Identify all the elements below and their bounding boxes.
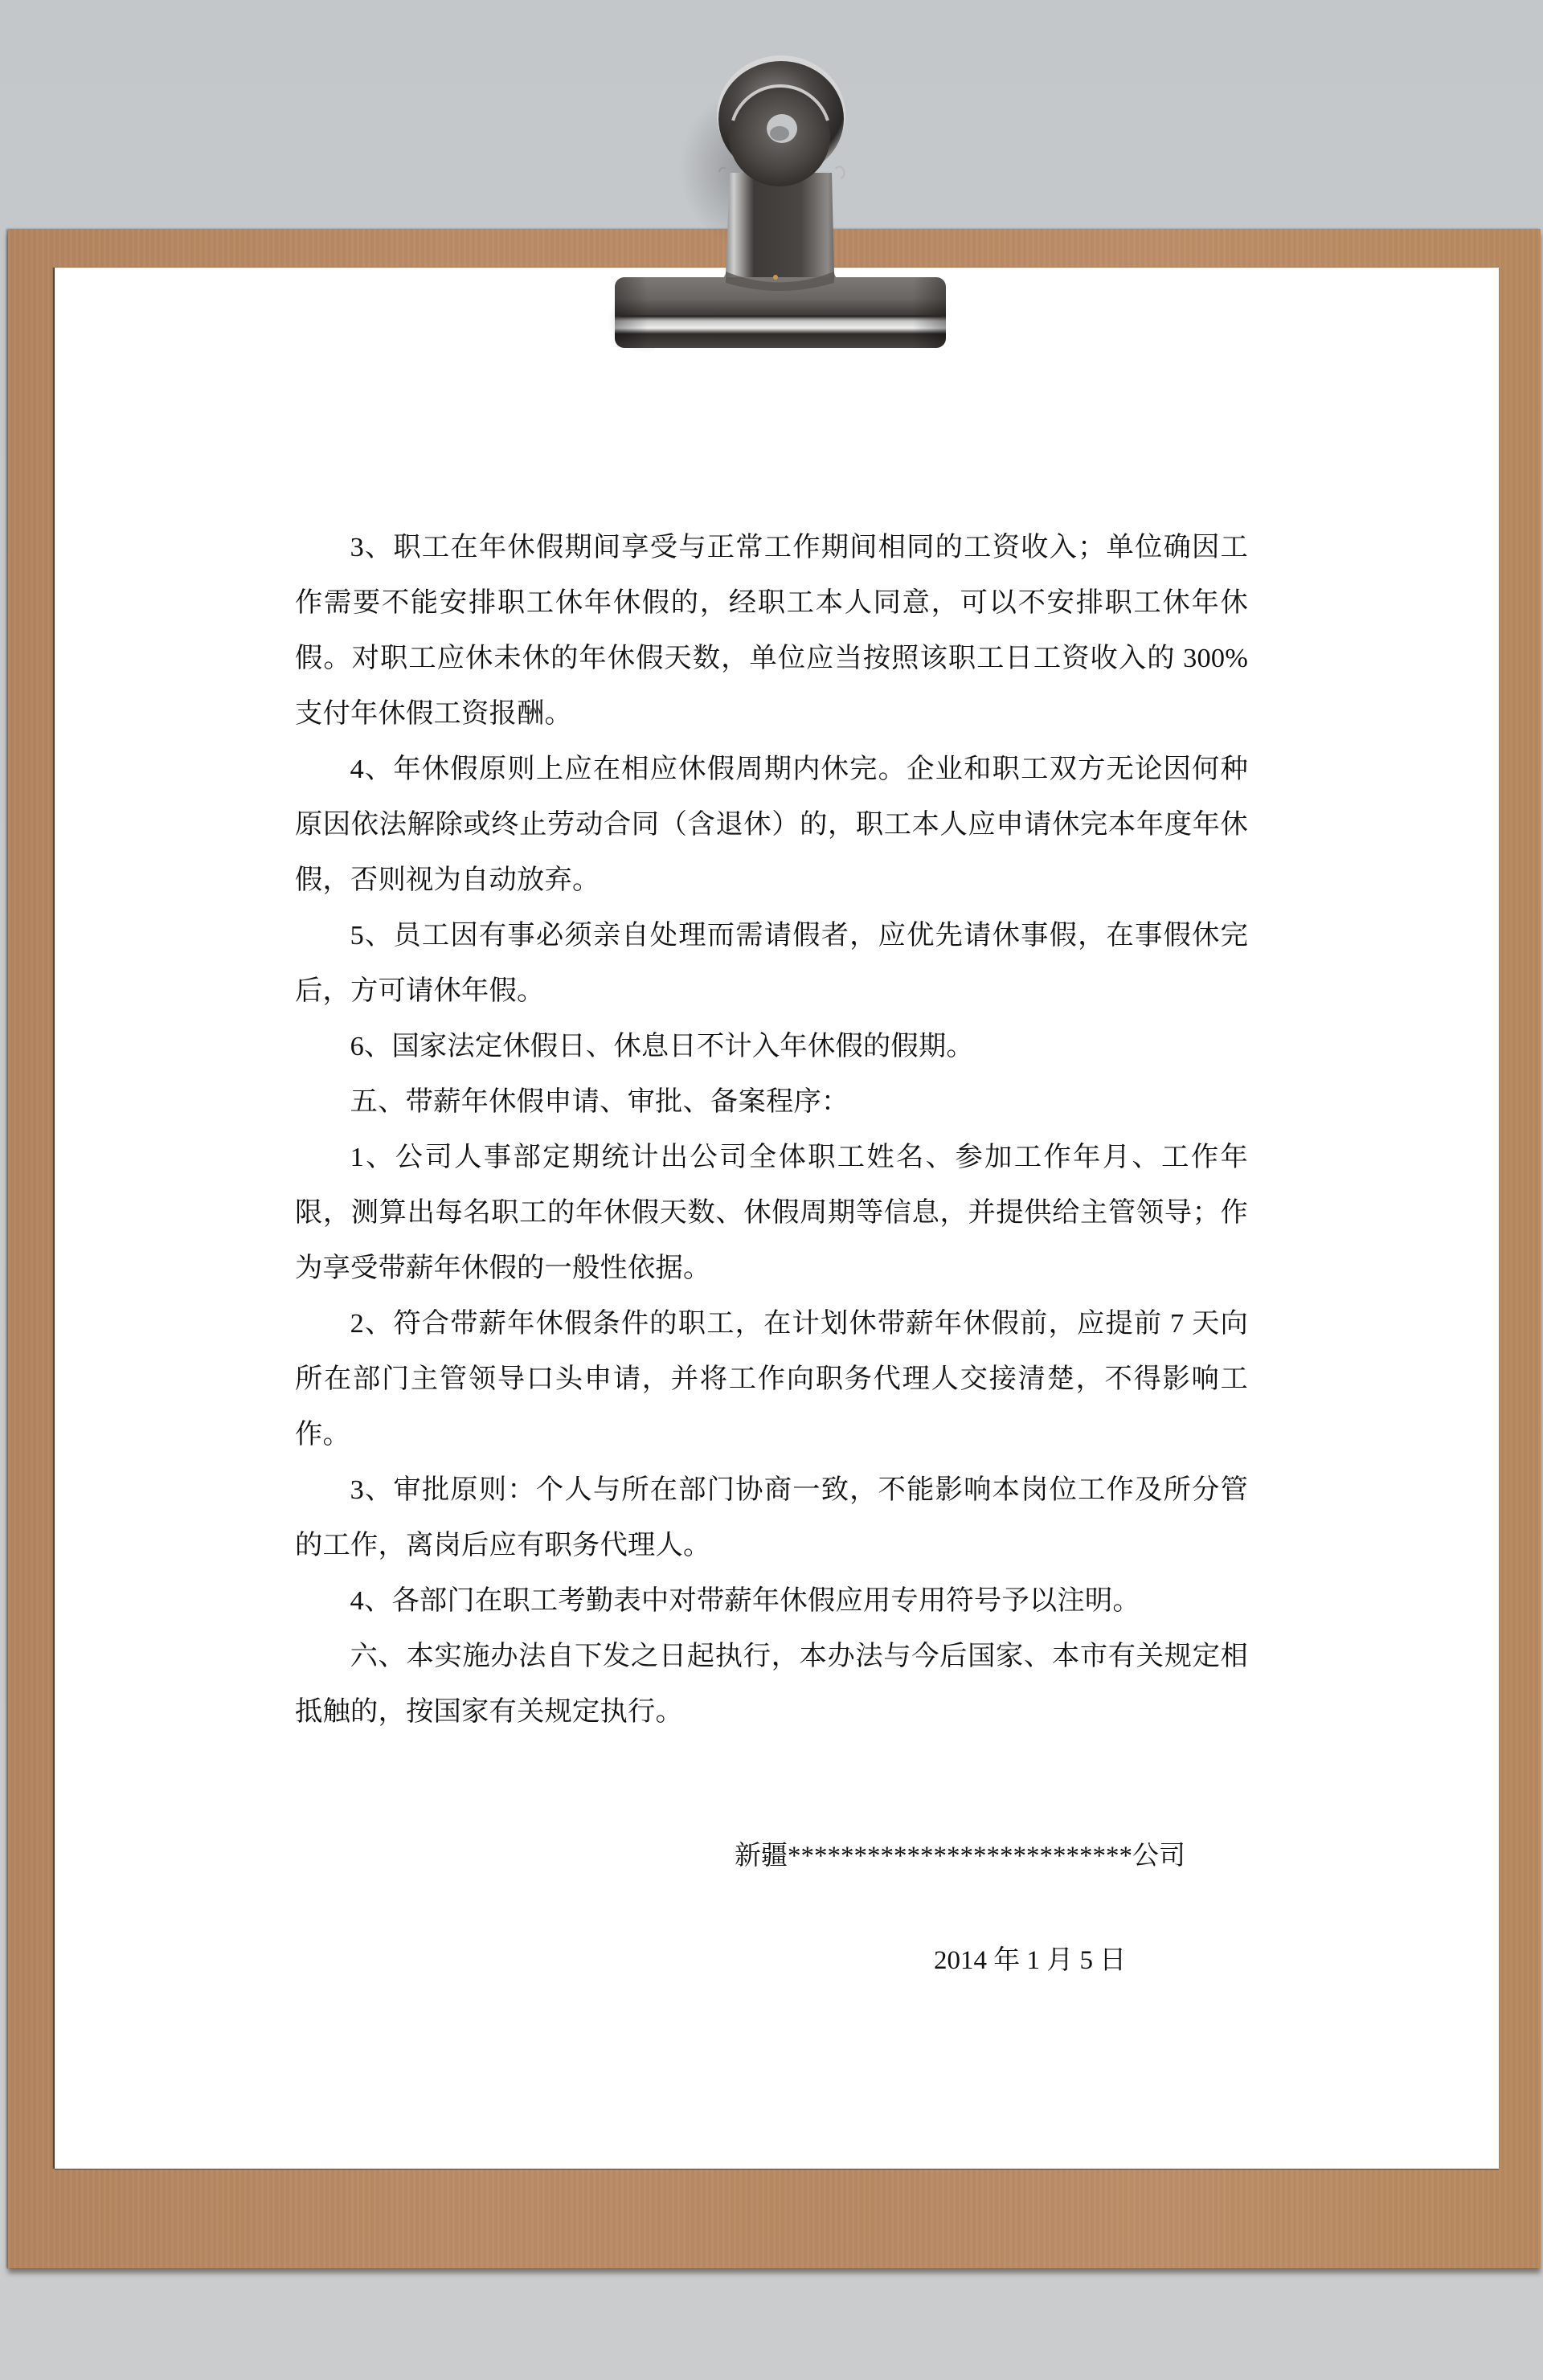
paragraph-5-1-statistics: 1、公司人事部定期统计出公司全体职工姓名、参加工作年月、工作年限，测算出每名职工…: [295, 1130, 1248, 1296]
document-date: 2014 年 1 月 5 日: [934, 1944, 1126, 1977]
clip-base-shadow: [607, 289, 655, 354]
paragraph-5-2-application: 2、符合带薪年休假条件的职工，在计划休带薪年休假前，应提前 7 天向所在部门主管…: [295, 1296, 1248, 1462]
paragraph-6-holidays: 6、国家法定休假日、休息日不计入年休假的假期。: [295, 1019, 1248, 1074]
paragraph-5-3-approval: 3、审批原则：个人与所在部门协商一致，不能影响本岗位工作及所分管的工作，离岗后应…: [295, 1462, 1248, 1573]
document-body: 3、职工在年休假期间享受与正常工作期间相同的工资收入；单位确因工作需要不能安排职…: [295, 520, 1248, 1740]
paragraph-5-personal-leave: 5、员工因有事必须亲自处理而需请假者，应优先请休事假，在事假休完后，方可请休年假…: [295, 908, 1248, 1019]
clip-shadow: [679, 88, 800, 249]
paragraph-5-4-attendance: 4、各部门在职工考勤表中对带薪年休假应用专用符号予以注明。: [295, 1573, 1248, 1629]
section-heading-5: 五、带薪年休假申请、审批、备案程序：: [295, 1074, 1248, 1130]
paragraph-6-effective: 六、本实施办法自下发之日起执行，本办法与今后国家、本市有关规定相抵触的，按国家有…: [295, 1629, 1248, 1740]
company-signature: 新疆**************************公司: [735, 1840, 1185, 1872]
paragraph-3-wages: 3、职工在年休假期间享受与正常工作期间相同的工资收入；单位确因工作需要不能安排职…: [295, 520, 1248, 742]
paragraph-4-leave-period: 4、年休假原则上应在相应休假周期内休完。企业和职工双方无论因何种原因依法解除或终…: [295, 742, 1248, 908]
